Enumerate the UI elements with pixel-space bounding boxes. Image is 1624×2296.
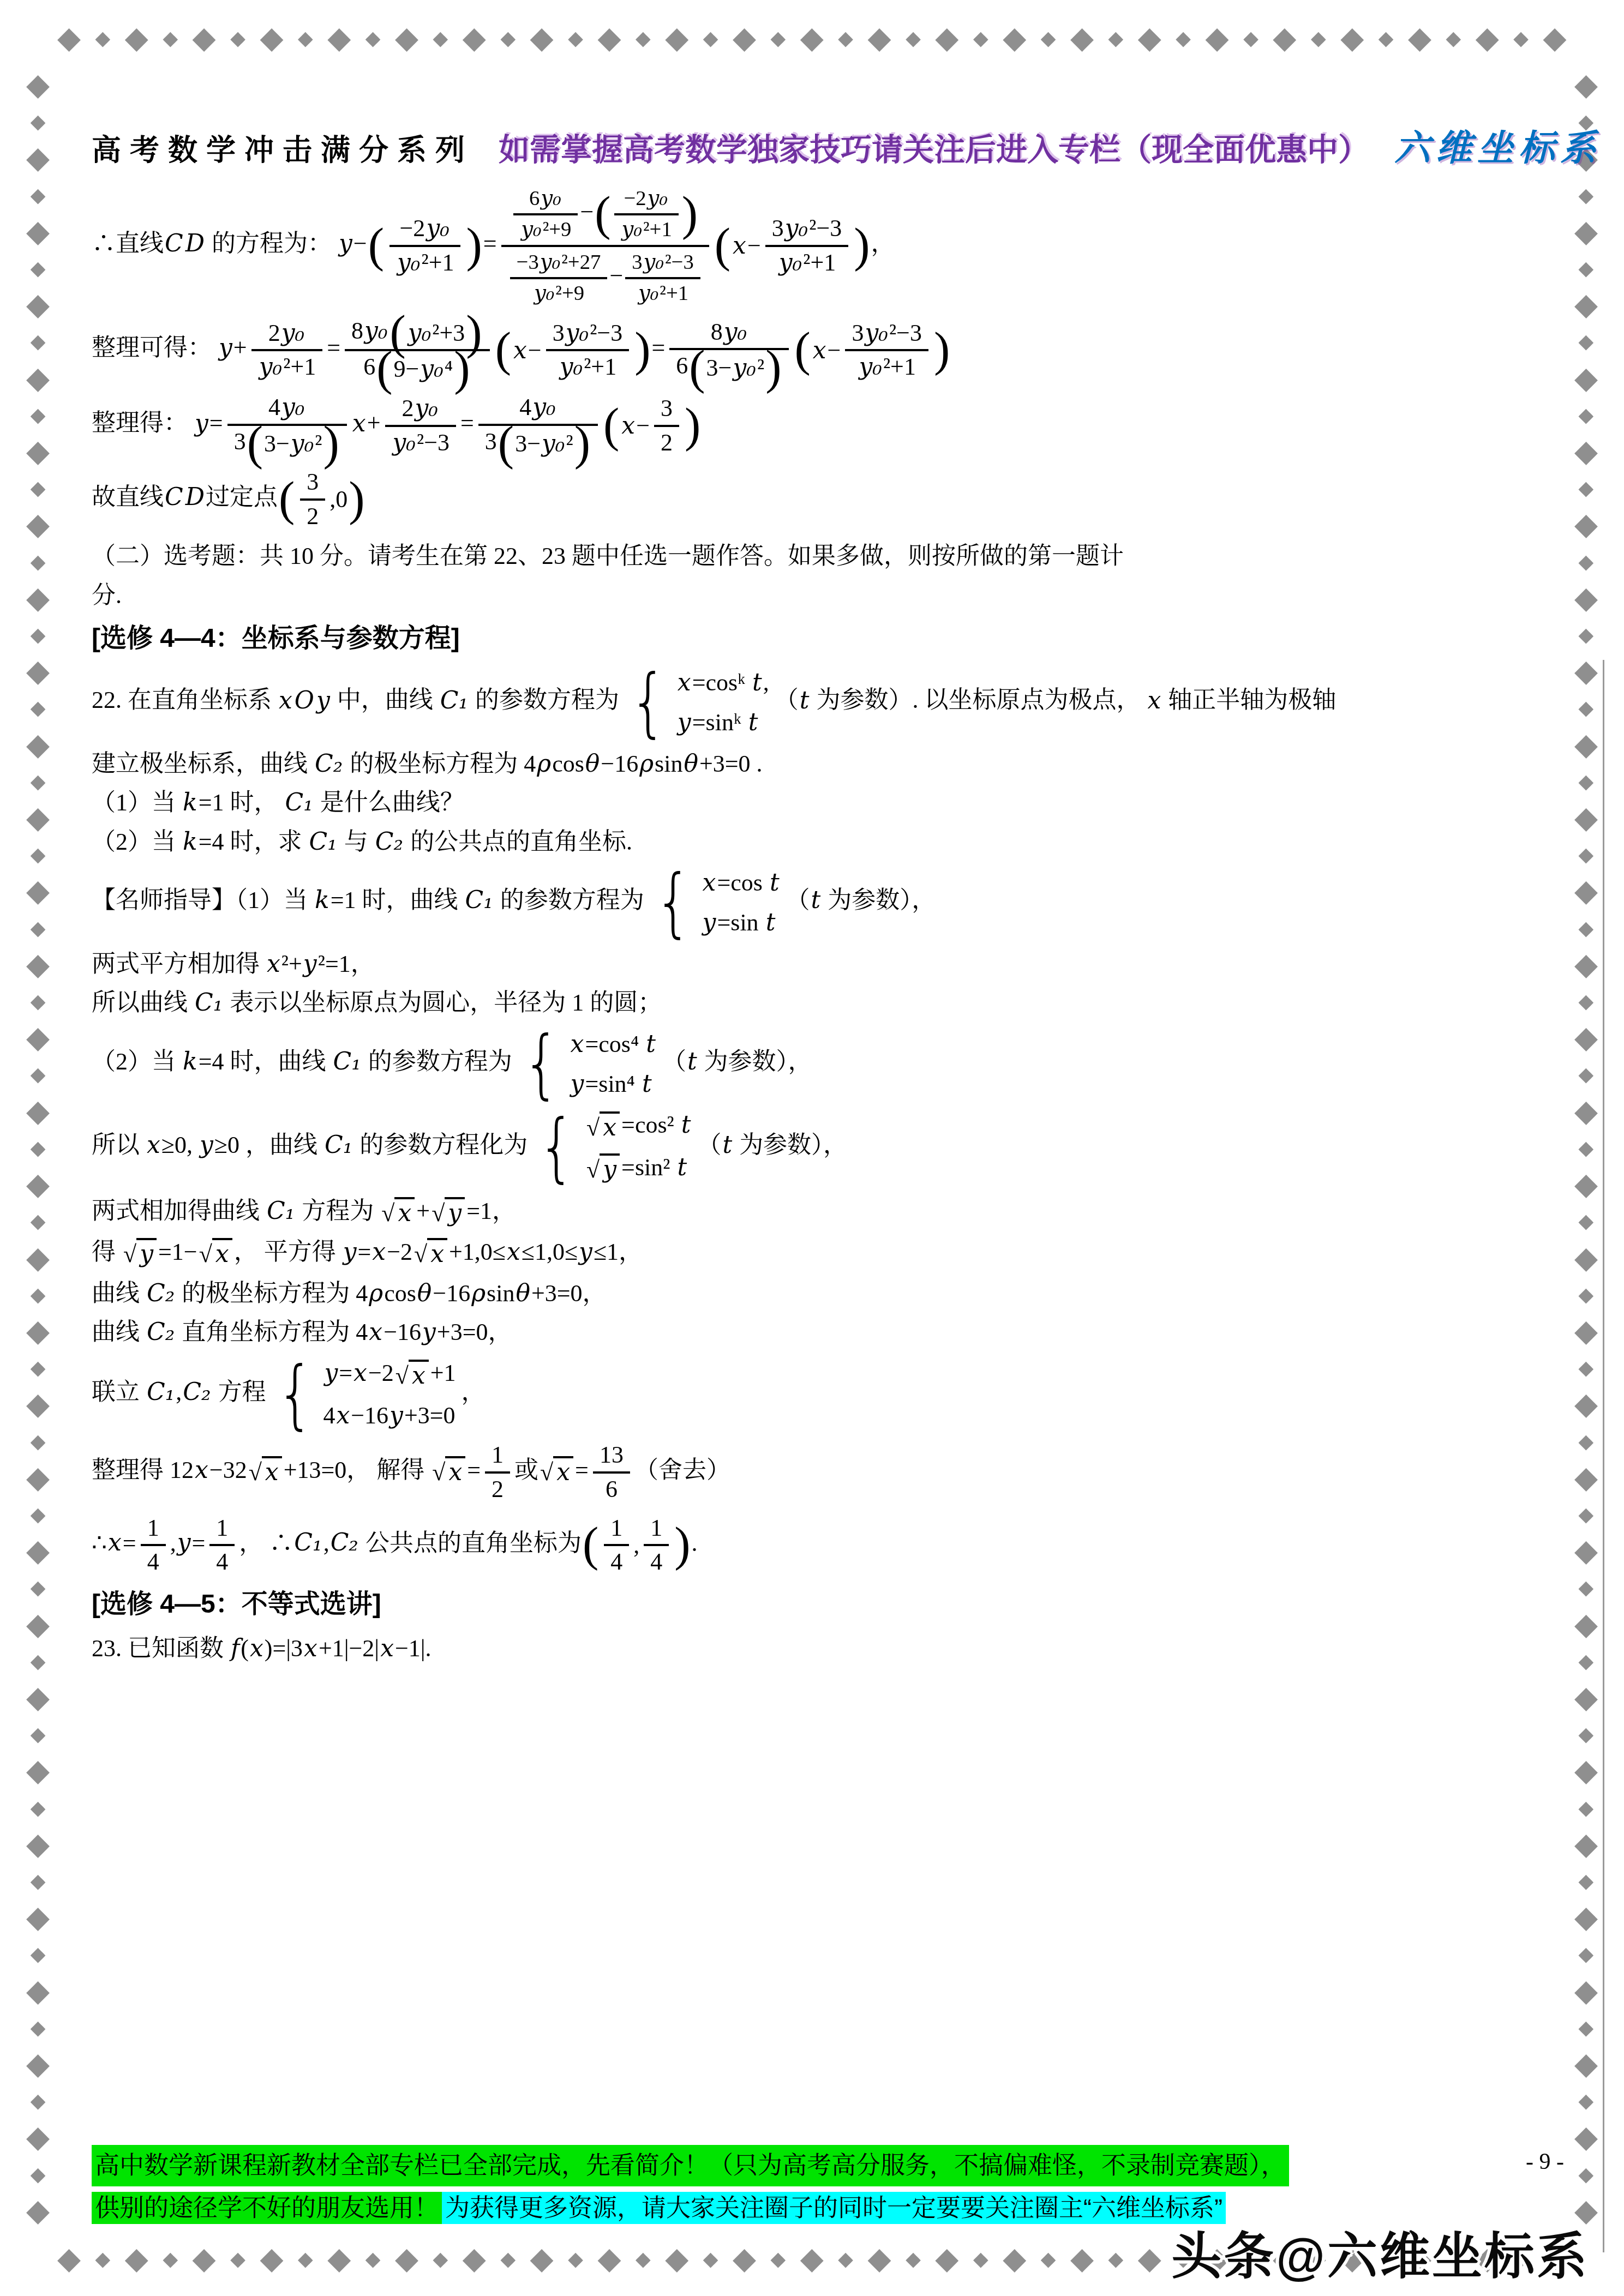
diamond-icon: ◆: [1574, 1463, 1598, 1493]
math-token: y: [445, 1197, 465, 1229]
math-token: 1: [604, 1513, 629, 1547]
math-token: y₀: [396, 249, 422, 277]
diamond-icon: ◆: [1579, 1724, 1594, 1744]
diamond-icon: ◆: [1311, 28, 1326, 48]
math-token: 4: [604, 1546, 629, 1577]
watermark: 头条@六维坐标系: [1171, 2216, 1589, 2288]
math-token: 4y₀3(3−y₀²): [478, 393, 598, 459]
math-token: x−3y₀²−3y₀²+1: [732, 214, 853, 278]
math-token: 136: [593, 1440, 630, 1504]
math-token: y₀²+9: [513, 215, 578, 243]
math-token: x−3y₀²−3y₀²+1: [512, 318, 633, 382]
math-token: √x: [199, 1238, 232, 1270]
diamond-icon: ◆: [1574, 1243, 1598, 1273]
math-token: (9−y₀⁴): [375, 356, 471, 383]
math-token: C₂: [329, 1529, 359, 1556]
diamond-icon: ◆: [31, 259, 46, 278]
math-token: C₂: [374, 828, 404, 856]
diamond-icon: ◆: [31, 991, 46, 1011]
diamond-icon: ◆: [1574, 1536, 1598, 1566]
diamond-icon: ◆: [31, 1651, 46, 1671]
diamond-icon: ◆: [1579, 478, 1594, 498]
diamond-icon: ◆: [327, 2244, 351, 2274]
diamond-icon: ◆: [1579, 991, 1594, 1011]
math-token: y: [199, 1131, 214, 1159]
diamond-icon: ◆: [1574, 436, 1598, 467]
diamond-icon: ◆: [26, 436, 50, 467]
math-token: y₀: [559, 353, 584, 381]
math-token: x: [352, 1359, 368, 1387]
math-token: y₀: [531, 393, 557, 421]
math-token: y₀²+1: [546, 351, 630, 382]
math-token: x=cos⁴ ty=sin⁴ t: [570, 1028, 657, 1101]
content-line: （2）当 k=4 时，曲线 C₁ 的参数方程为{x=cos⁴ ty=sin⁴ t…: [92, 1028, 1560, 1101]
footer-highlight-green-1: 高中数学新课程新教材全部专栏已全部完成，先看简介！（只为高考高分服务，不搞偏难怪…: [92, 2145, 1289, 2186]
diamond-icon: ◆: [1579, 1944, 1594, 1964]
diamond-icon: ◆: [31, 845, 46, 864]
diamond-icon: ◆: [31, 1358, 46, 1378]
math-token: √: [249, 1456, 262, 1488]
math-token: −2y₀y₀²+1: [385, 214, 465, 278]
content-line: [选修 4—4：坐标系与参数方程]: [92, 621, 1560, 657]
diamond-icon: ◆: [193, 23, 216, 53]
diamond-icon: ◆: [1579, 1651, 1594, 1671]
math-token: 3y₀²−3: [546, 318, 630, 352]
math-token: 3−y₀²: [515, 430, 573, 458]
diamond-icon: ◆: [26, 1609, 50, 1640]
math-token: y: [302, 950, 318, 978]
math-token: x: [409, 1360, 429, 1392]
math-token: C₂: [146, 1318, 176, 1346]
footer-row-1: 高中数学新课程新教材全部专栏已全部完成，先看简介！（只为高考高分服务，不搞偏难怪…: [92, 2145, 1564, 2186]
diamond-icon: ◆: [365, 28, 381, 48]
math-token: f: [230, 1634, 241, 1662]
diamond-icon: ◆: [1579, 2165, 1594, 2184]
math-token: √x: [395, 1360, 429, 1392]
math-token: −2y₀y₀²+1: [612, 185, 681, 243]
diamond-icon: ◆: [31, 405, 46, 425]
math-token: x: [602, 1114, 618, 1141]
diamond-icon: ◆: [1574, 509, 1598, 540]
math-token: x: [371, 1238, 387, 1266]
math-token: y₀: [864, 319, 889, 347]
math-token: (x−3y₀²−3y₀²+1): [793, 318, 951, 382]
content-line: 分.: [92, 579, 1560, 611]
math-token: √: [432, 1197, 445, 1229]
diamond-icon: ◆: [31, 1944, 46, 1964]
diamond-icon: ◆: [1273, 23, 1296, 53]
math-token: k: [182, 1048, 199, 1075]
math-token: √x: [249, 1456, 282, 1488]
diamond-icon: ◆: [26, 1096, 50, 1127]
diamond-icon: ◆: [26, 1536, 50, 1566]
math-token: √: [540, 1456, 553, 1488]
diamond-icon: ◆: [1574, 2122, 1598, 2153]
math-token: √: [586, 1111, 600, 1144]
math-token: √: [199, 1238, 212, 1270]
math-token: y₀²−3: [385, 427, 457, 458]
math-token: y₀: [419, 356, 445, 383]
diamond-icon: ◆: [31, 1578, 46, 1597]
math-token: x: [411, 1362, 427, 1390]
math-token: y₀: [637, 281, 660, 305]
diamond-icon: ◆: [31, 1432, 46, 1451]
math-token: 3y₀²−3: [765, 214, 849, 247]
math-token: 32,0: [296, 467, 347, 531]
math-token: D: [184, 230, 206, 257]
math-token: x: [447, 1458, 463, 1486]
math-token: y₀: [732, 354, 757, 382]
diamond-icon: ◆: [26, 509, 50, 540]
diamond-icon: ◆: [327, 23, 351, 53]
diamond-icon: ◆: [26, 1316, 50, 1347]
diamond-icon: ◆: [26, 2196, 50, 2226]
math-token: (x−32): [602, 394, 702, 458]
math-token: x: [368, 1318, 383, 1346]
math-token: 2: [485, 1474, 510, 1505]
math-token: √: [414, 1238, 427, 1270]
diamond-icon: ◆: [1003, 2244, 1026, 2274]
math-token: √y: [586, 1153, 620, 1186]
math-token: C₁: [464, 886, 494, 914]
diamond-icon: ◆: [800, 23, 824, 53]
math-token: C: [164, 483, 184, 511]
diamond-icon: ◆: [1574, 656, 1598, 687]
content-line: ∴直线CD 的方程为： y−(−2y₀y₀²+1)=6y₀y₀²+9−(−2y₀…: [92, 184, 1560, 308]
math-token: {: [522, 1036, 560, 1092]
content-line: 两式相加得曲线 C₁ 方程为 √x+√y=1，: [92, 1195, 1560, 1230]
content-line: 所以 x≥0, y≥0 ，曲线 C₁ 的参数方程化为{√x=cos² t√y=s…: [92, 1109, 1560, 1186]
diamond-icon: ◆: [1041, 2249, 1056, 2269]
math-token: 6y₀y₀²+9−(−2y₀y₀²+1)−3y₀²+27y₀²+9−3y₀²−3…: [501, 184, 709, 308]
diamond-icon: ◆: [500, 28, 516, 48]
math-token: √x=cos² t: [585, 1109, 692, 1144]
math-token: 2y₀y₀²−3: [385, 394, 457, 458]
diamond-icon: ◆: [906, 28, 921, 48]
diamond-icon: ◆: [1574, 803, 1598, 833]
page-header: 高考数学冲击满分系列 如需掌握高考数学独家技巧请关注后进入专栏（现全面优惠中） …: [92, 119, 1553, 171]
math-token: (x−3y₀²−3y₀²+1): [494, 318, 652, 382]
diamond-icon: ◆: [31, 1285, 46, 1305]
math-token: y₀: [540, 186, 562, 211]
diamond-icon: ◆: [800, 2244, 824, 2274]
math-token: x: [335, 1402, 351, 1429]
math-token: x: [249, 1634, 265, 1662]
math-token: 1: [209, 1513, 235, 1547]
math-token: y: [388, 1402, 404, 1429]
math-token: O: [293, 687, 315, 714]
math-token: x=cos t: [702, 867, 781, 899]
math-token: y=sin t: [702, 906, 781, 939]
diamond-icon: ◆: [1574, 1316, 1598, 1347]
math-token: {: [538, 1120, 576, 1175]
diamond-icon: ◆: [1579, 1358, 1594, 1378]
diamond-icon: ◆: [733, 2244, 756, 2274]
math-token: 14: [209, 1513, 235, 1577]
diamond-icon: ◆: [1176, 28, 1191, 48]
diamond-icon: ◆: [31, 185, 46, 205]
diamond-icon: ◆: [31, 2091, 46, 2111]
math-token: t: [769, 869, 781, 897]
page-footer: 高中数学新课程新教材全部专栏已全部完成，先看简介！（只为高考高分服务，不搞偏难怪…: [92, 2145, 1564, 2226]
math-token: D: [184, 483, 206, 511]
diamond-icon: ◆: [935, 23, 958, 53]
math-token: 8y₀(y₀²+3)6(9−y₀⁴): [345, 316, 490, 384]
content-line: 曲线 C₂ 的极坐标方程为 4ρcosθ−16ρsinθ+3=0，: [92, 1277, 1560, 1309]
content-line: 故直线CD过定点(32,0): [92, 467, 1560, 531]
math-token: t: [751, 669, 763, 696]
diamond-icon: ◆: [1579, 698, 1594, 718]
diamond-icon: ◆: [1579, 1138, 1594, 1158]
math-token: 4x−16y+3=0: [323, 1399, 456, 1432]
math-token: C₁: [308, 828, 338, 856]
diamond-icon: ◆: [95, 2249, 111, 2269]
diamond-icon: ◆: [1574, 217, 1598, 247]
diamond-icon: ◆: [568, 28, 583, 48]
math-token: y: [194, 410, 209, 437]
diamond-icon: ◆: [906, 2249, 921, 2269]
series-title: 高考数学冲击满分系列: [92, 127, 474, 169]
diamond-icon: ◆: [26, 1389, 50, 1420]
math-token: y₀: [258, 353, 284, 381]
math-token: y₀: [290, 430, 315, 458]
math-token: y₀: [407, 320, 433, 347]
math-token: (−2y₀y₀²+1): [594, 185, 699, 243]
diamond-icon: ◆: [26, 143, 50, 173]
diamond-icon: ◆: [1574, 1682, 1598, 1713]
math-token: y: [600, 1153, 620, 1186]
math-token: {x=cos ty=sin t: [650, 867, 781, 939]
math-token: x−3y₀²−3y₀²+1: [812, 318, 933, 382]
math-token: C₂: [182, 1378, 212, 1406]
diamond-icon: ◆: [31, 1505, 46, 1524]
diamond-icon: ◆: [973, 28, 988, 48]
diamond-icon: ◆: [26, 583, 50, 614]
math-token: x: [351, 410, 367, 437]
math-token: y₀²+9: [510, 279, 608, 307]
math-token: y₀: [425, 214, 451, 242]
content-line: [选修 4—5：不等式选讲]: [92, 1587, 1560, 1622]
diamond-icon: ◆: [1003, 23, 1026, 53]
math-token: x: [303, 1634, 319, 1662]
math-token: 12: [485, 1440, 510, 1504]
math-token: C₁: [439, 687, 469, 714]
diamond-icon: ◆: [57, 2244, 81, 2274]
brand-logo-text: 六维坐标系: [1394, 119, 1602, 171]
diamond-icon: ◆: [1579, 2091, 1594, 2111]
diamond-icon: ◆: [868, 2244, 891, 2274]
content-line: 整理得 12x−32√x+13=0， 解得 √x=12或√x=136（舍去）: [92, 1440, 1560, 1504]
content-line: 得 √y=1−√x， 平方得 y=x−2√x+1,0≤x≤1,0≤y≤1，: [92, 1236, 1560, 1271]
diamond-icon: ◆: [1579, 552, 1594, 572]
math-token: y₀: [621, 217, 643, 242]
diamond-icon: ◆: [1579, 625, 1594, 645]
diamond-icon: ◆: [31, 2018, 46, 2037]
math-token: x: [600, 1111, 620, 1144]
content-line: 曲线 C₂ 直角坐标方程为 4x−16y+3=0，: [92, 1316, 1560, 1348]
diamond-icon: ◆: [26, 1976, 50, 2006]
diamond-icon: ◆: [31, 552, 46, 572]
diamond-icon: ◆: [298, 2249, 313, 2269]
diamond-icon: ◆: [665, 2244, 688, 2274]
math-token: y₀²+1: [765, 247, 849, 278]
diamond-icon: ◆: [703, 28, 718, 48]
math-token: −2y₀y₀²+1: [614, 185, 679, 243]
diamond-icon: ◆: [1574, 290, 1598, 320]
math-token: 3y₀²−3: [625, 249, 700, 279]
math-token: x: [570, 1030, 585, 1058]
diamond-icon: ◆: [260, 23, 283, 53]
math-token: x: [732, 230, 747, 262]
diamond-icon: ◆: [1379, 28, 1394, 48]
diamond-icon: ◆: [1138, 2244, 1161, 2274]
content-line: 23. 已知函数 f(x)=|3x+1|−2|x−1|.: [92, 1632, 1560, 1664]
math-token: y=sinᵏ t: [676, 706, 769, 738]
diamond-icon: ◆: [193, 2244, 216, 2274]
math-token: θ: [682, 750, 699, 778]
math-token: √: [432, 1456, 445, 1488]
math-token: y₀: [565, 319, 590, 347]
math-token: y₀: [643, 250, 665, 274]
diamond-icon: ◆: [1579, 845, 1594, 864]
math-token: C: [164, 230, 184, 257]
math-token: 14: [604, 1513, 629, 1577]
border-top-diamonds: ◆◆◆◆◆◆◆◆◆◆◆◆◆◆◆◆◆◆◆◆◆◆◆◆◆◆◆◆◆◆◆◆◆◆◆◆◆◆◆◆…: [57, 23, 1567, 53]
diamond-icon: ◆: [26, 1169, 50, 1200]
diamond-icon: ◆: [31, 1871, 46, 1891]
math-token: y₀: [414, 394, 440, 422]
diamond-icon: ◆: [31, 332, 46, 351]
math-token: 3y₀²−3: [845, 318, 928, 352]
diamond-icon: ◆: [1579, 918, 1594, 938]
math-token: x: [620, 410, 636, 442]
math-token: 3y₀²−3y₀²+1: [765, 214, 849, 278]
math-token: 32: [300, 467, 325, 531]
math-token: C₁: [284, 789, 314, 816]
math-token: θ: [514, 1279, 531, 1307]
math-token: −2y₀: [614, 185, 679, 215]
diamond-icon: ◆: [1579, 1065, 1594, 1084]
diamond-icon: ◆: [31, 112, 46, 131]
diamond-icon: ◆: [163, 28, 178, 48]
math-token: y: [602, 1156, 618, 1183]
math-token: y: [338, 230, 353, 257]
diamond-icon: ◆: [1574, 876, 1598, 906]
diamond-icon: ◆: [26, 730, 50, 760]
diamond-icon: ◆: [26, 290, 50, 320]
diamond-icon: ◆: [1574, 1389, 1598, 1420]
diamond-icon: ◆: [1574, 70, 1598, 100]
math-token: t: [747, 708, 759, 736]
diamond-icon: ◆: [31, 2165, 46, 2184]
diamond-icon: ◆: [26, 1682, 50, 1713]
diamond-icon: ◆: [395, 23, 418, 53]
math-token: 6(3−y₀²): [669, 350, 789, 383]
diamond-icon: ◆: [771, 28, 786, 48]
math-token: 8y₀6(3−y₀²): [669, 317, 789, 383]
diamond-icon: ◆: [433, 28, 448, 48]
math-token: 3: [300, 467, 325, 501]
diamond-icon: ◆: [1574, 1976, 1598, 2006]
math-token: ρ: [638, 750, 655, 778]
math-token: t: [676, 1153, 688, 1181]
math-token: y₀²+1: [389, 247, 461, 278]
math-token: y=x−2√x+1: [323, 1357, 456, 1392]
math-token: y: [447, 1199, 463, 1227]
math-token: (3−y₀²): [688, 354, 782, 382]
math-token: 6y₀y₀²+9: [513, 185, 578, 243]
math-token: 14: [644, 1513, 669, 1577]
math-token: x: [512, 334, 528, 366]
diamond-icon: ◆: [463, 23, 486, 53]
math-token: 13: [593, 1440, 630, 1474]
diamond-icon: ◆: [771, 2249, 786, 2269]
promo-banner: 如需掌握高考数学独家技巧请关注后进入专栏（现全面优惠中）: [499, 125, 1369, 170]
diamond-icon: ◆: [530, 2244, 554, 2274]
math-token: x: [107, 1529, 123, 1556]
math-token: 4: [209, 1546, 235, 1577]
math-token: C₂: [146, 1279, 176, 1307]
diamond-icon: ◆: [26, 803, 50, 833]
math-token: 4: [141, 1546, 166, 1577]
content-line: （2）当 k=4 时，求 C₁ 与 C₂ 的公共点的直角坐标.: [92, 826, 1560, 858]
diamond-icon: ◆: [973, 2249, 988, 2269]
math-token: y=sin⁴ t: [570, 1068, 657, 1100]
math-token: x: [262, 1456, 282, 1488]
diamond-icon: ◆: [1446, 28, 1461, 48]
math-token: x−32: [620, 394, 684, 458]
math-token: y₀²+1: [845, 351, 928, 382]
math-token: 3−y₀²: [264, 430, 322, 458]
diamond-icon: ◆: [1574, 2049, 1598, 2079]
math-token: −2y₀: [389, 214, 461, 247]
math-token: k: [314, 886, 331, 914]
diamond-icon: ◆: [26, 1902, 50, 1933]
math-token: x: [1146, 687, 1162, 714]
diamond-icon: ◆: [1579, 1432, 1594, 1451]
math-token: 3y₀²−3y₀²+1: [546, 318, 630, 382]
diamond-icon: ◆: [1070, 23, 1094, 53]
diamond-icon: ◆: [26, 876, 50, 906]
diamond-icon: ◆: [298, 28, 313, 48]
math-token: x: [278, 687, 293, 714]
math-token: x: [194, 1456, 209, 1484]
math-token: −3y₀²+27y₀²+9−3y₀²−3y₀²+1: [501, 247, 709, 308]
math-token: 2: [300, 501, 325, 532]
diamond-icon: ◆: [26, 656, 50, 687]
math-token: y₀: [784, 214, 810, 242]
diamond-icon: ◆: [1574, 1023, 1598, 1053]
math-token: y: [176, 1529, 192, 1556]
diamond-icon: ◆: [1579, 1871, 1594, 1891]
math-token: C₂: [314, 750, 344, 778]
diamond-icon: ◆: [230, 2249, 245, 2269]
math-token: (−2y₀y₀²+1): [367, 214, 483, 278]
diamond-icon: ◆: [1476, 23, 1499, 53]
diamond-icon: ◆: [1574, 730, 1598, 760]
math-token: 6: [593, 1474, 630, 1505]
diamond-icon: ◆: [1579, 405, 1594, 425]
math-token: 3: [654, 394, 679, 427]
diamond-icon: ◆: [568, 2249, 583, 2269]
diamond-icon: ◆: [935, 2244, 958, 2274]
math-token: x: [146, 1131, 161, 1159]
diamond-icon: ◆: [1206, 23, 1229, 53]
math-token: 2y₀: [251, 318, 323, 352]
diamond-icon: ◆: [31, 772, 46, 791]
diamond-icon: ◆: [1574, 1756, 1598, 1786]
math-token: 3−y₀²: [706, 354, 765, 382]
